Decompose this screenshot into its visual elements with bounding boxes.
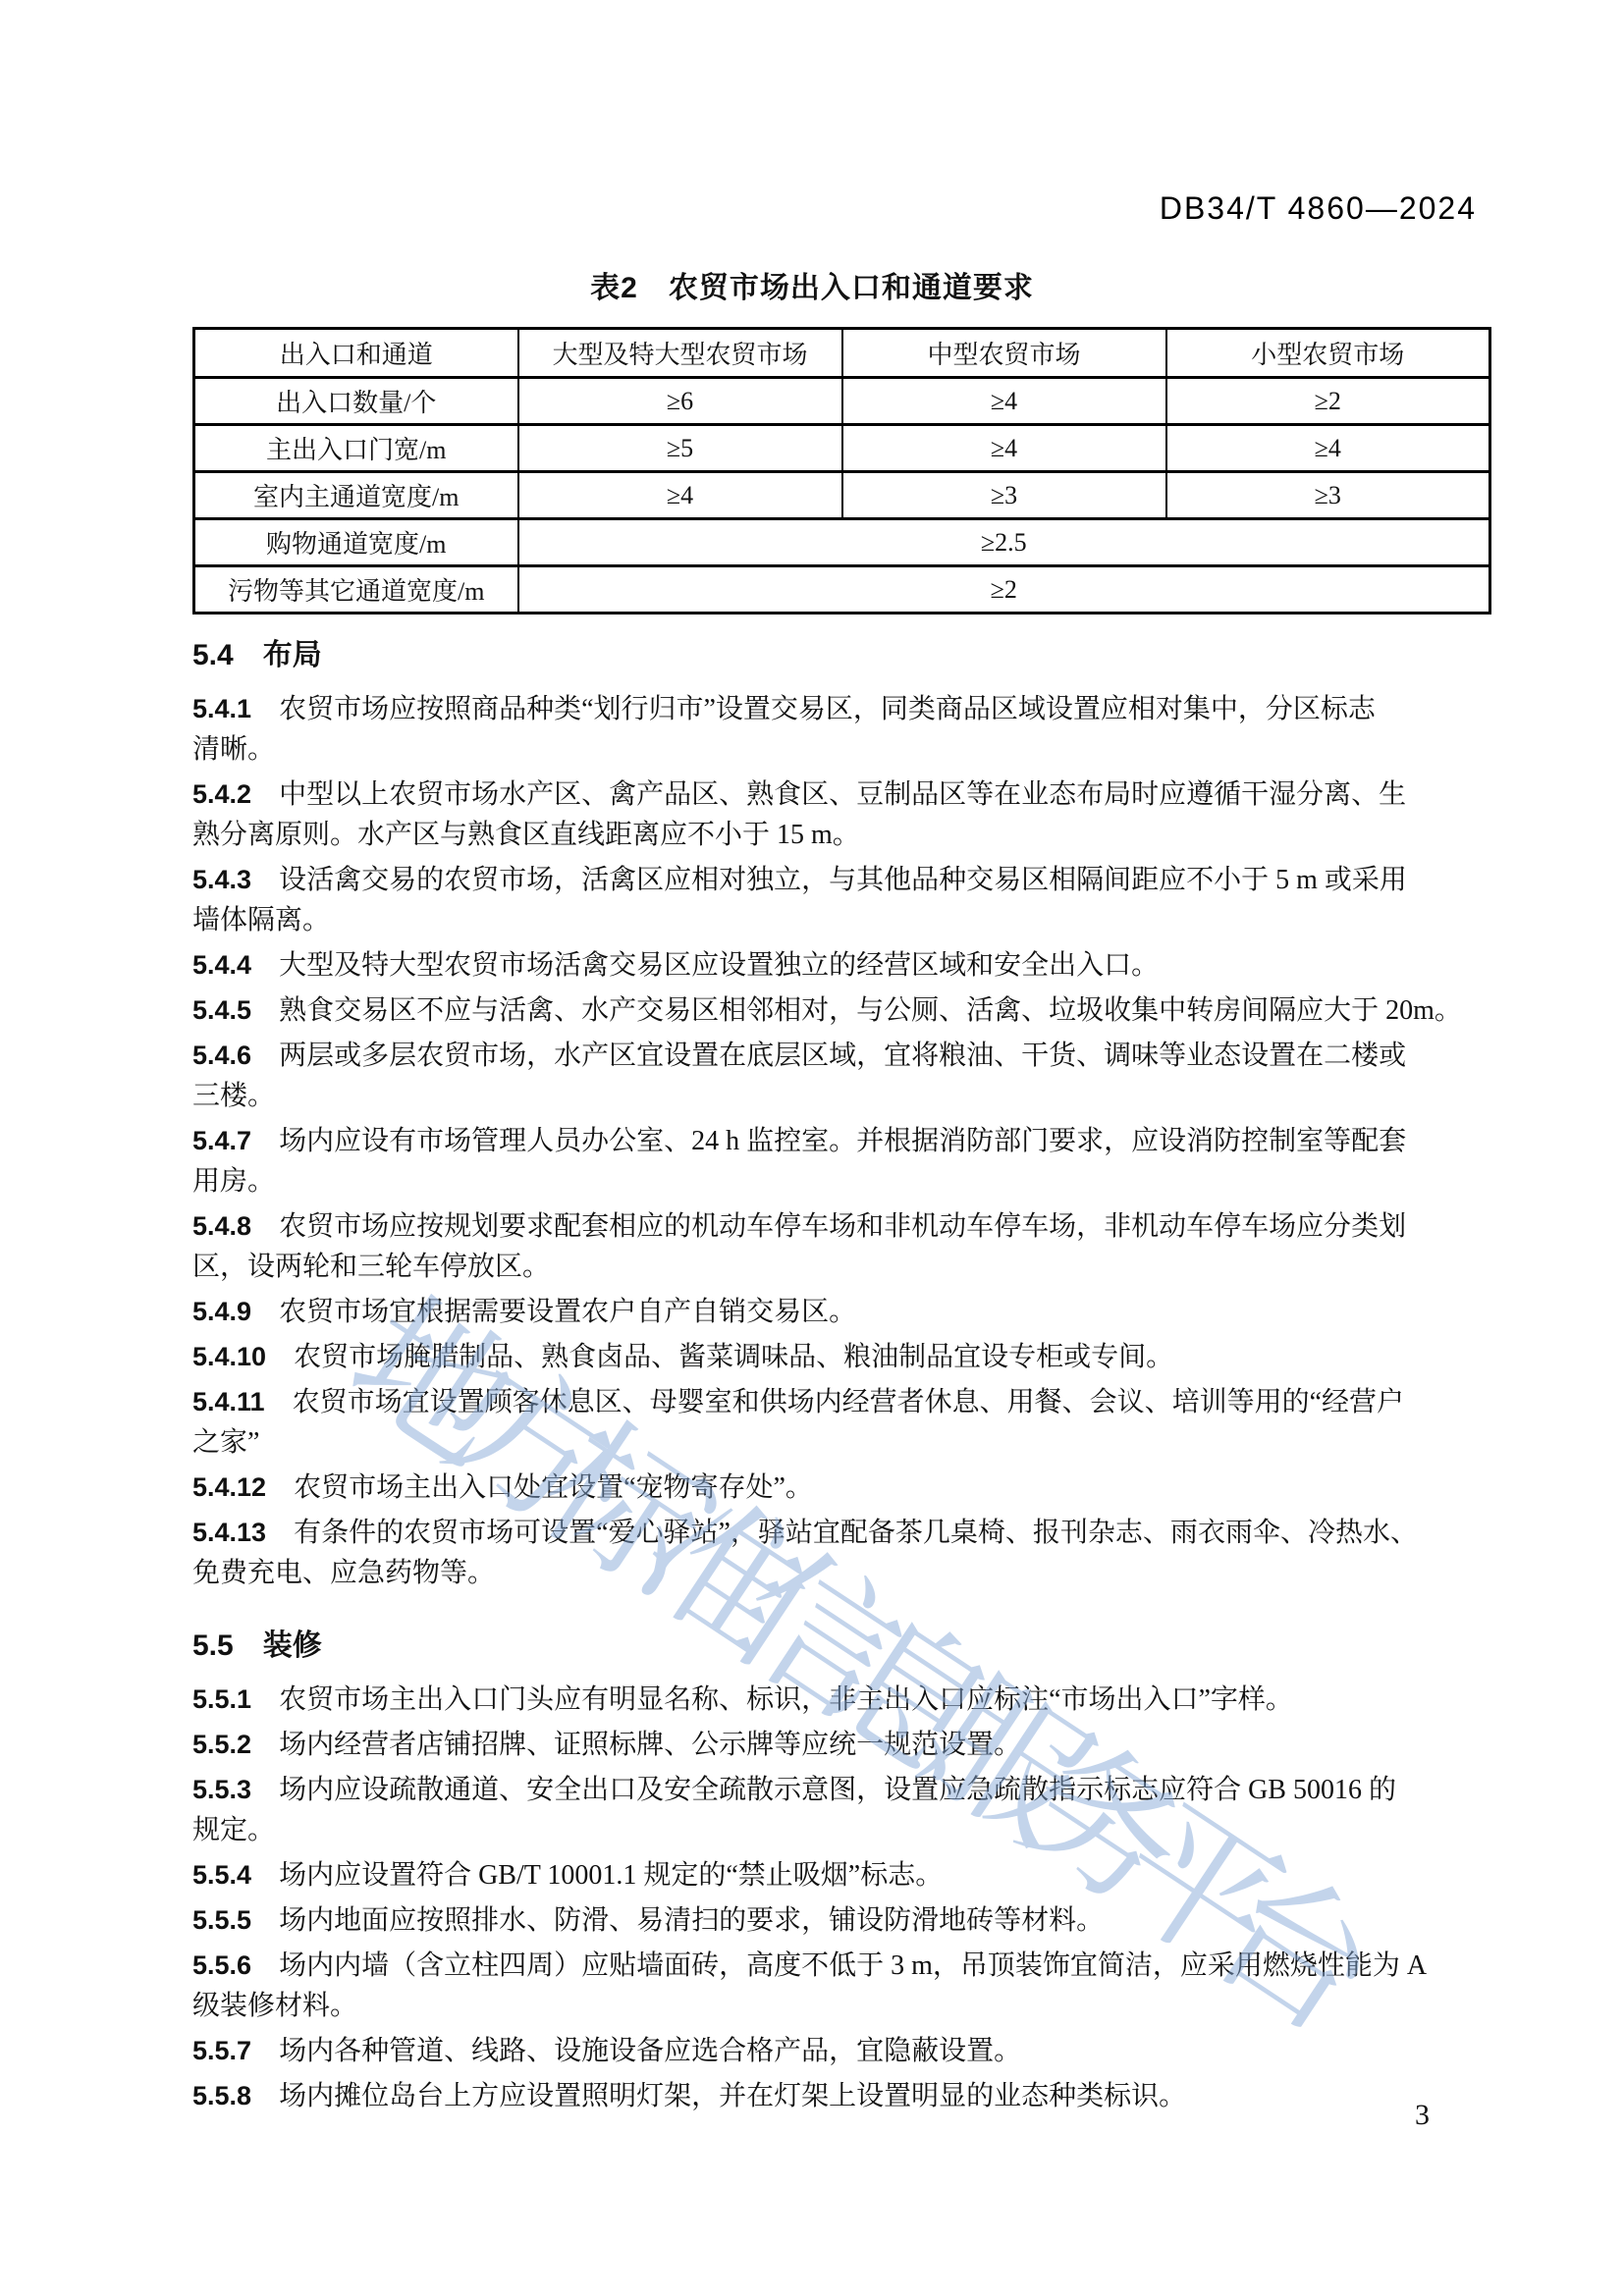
- clause: 5.4.13有条件的农贸市场可设置“爱心驿站”，驿站宜配备茶几桌椅、报刊杂志、雨…: [192, 1513, 1498, 1593]
- section-number: 5.4: [192, 639, 234, 671]
- clause-text: 场内各种管道、线路、设施设备应选合格产品，宜隐蔽设置。: [279, 2036, 1021, 2066]
- clause: 5.4.12农贸市场主出入口处宜设置“宠物寄存处”。: [192, 1468, 1498, 1508]
- table-header-row: 出入口和通道 大型及特大型农贸市场 中型农贸市场 小型农贸市场: [194, 329, 1490, 378]
- clause-line: 5.4.2中型以上农贸市场水产区、禽产品区、熟食区、豆制品区等在业态布局时应遵循…: [192, 774, 1498, 815]
- clause-text: 墙体隔离。: [192, 905, 330, 935]
- clause-line: 5.4.10农贸市场腌腊制品、熟食卤品、酱菜调味品、粮油制品宜设专柜或专间。: [192, 1337, 1498, 1377]
- clause-text: 农贸市场主出入口门头应有明显名称、标识，非主出入口应标注“市场出入口”字样。: [279, 1684, 1293, 1715]
- clause-number: 5.5.8: [192, 2081, 251, 2110]
- clause-number: 5.5.3: [192, 1775, 251, 1804]
- clause-text: 熟分离原则。水产区与熟食区直线距离应不小于 15 m。: [192, 820, 860, 850]
- clause-text: 免费充电、应急药物等。: [192, 1558, 495, 1588]
- clause-line: 熟分离原则。水产区与熟食区直线距离应不小于 15 m。: [192, 815, 1498, 855]
- clause-line: 级装修材料。: [192, 1986, 1498, 2026]
- clause: 5.5.7场内各种管道、线路、设施设备应选合格产品，宜隐蔽设置。: [192, 2031, 1498, 2071]
- clause-text: 农贸市场腌腊制品、熟食卤品、酱菜调味品、粮油制品宜设专柜或专间。: [294, 1342, 1173, 1372]
- cell-value: ≥5: [518, 425, 842, 472]
- clause-number: 5.4.13: [192, 1518, 266, 1547]
- clause-line: 5.4.11农贸市场宜设置顾客休息区、母婴室和供场内经营者休息、用餐、会议、培训…: [192, 1382, 1498, 1422]
- clause-number: 5.4.10: [192, 1342, 266, 1371]
- row-label: 主出入口门宽/m: [194, 425, 518, 472]
- cell-value: ≥4: [1166, 425, 1490, 472]
- cell-value: ≥6: [518, 378, 842, 425]
- clause: 5.4.7场内应设有市场管理人员办公室、24 h 监控室。并根据消防部门要求，应…: [192, 1121, 1498, 1201]
- clause-number: 5.4.12: [192, 1472, 266, 1502]
- cell-value: ≥3: [1166, 472, 1490, 519]
- clause: 5.5.2场内经营者店铺招牌、证照标牌、公示牌等应统一规范设置。: [192, 1725, 1498, 1765]
- clause-line: 5.4.13有条件的农贸市场可设置“爱心驿站”，驿站宜配备茶几桌椅、报刊杂志、雨…: [192, 1513, 1498, 1553]
- clause-text: 场内摊位岛台上方应设置照明灯架，并在灯架上设置明显的业态种类标识。: [279, 2081, 1186, 2111]
- page-number: 3: [1415, 2099, 1430, 2132]
- clause-text: 两层或多层农贸市场，水产区宜设置在底层区域，宜将粮油、干货、调味等业态设置在二楼…: [279, 1041, 1406, 1071]
- clause-line: 清晰。: [192, 729, 1498, 770]
- column-header: 出入口和通道: [194, 329, 518, 378]
- cell-value: ≥3: [842, 472, 1166, 519]
- clause-text: 之家”: [192, 1427, 259, 1458]
- clause-text: 区，设两轮和三轮车停放区。: [192, 1252, 550, 1282]
- clause-number: 5.5.6: [192, 1950, 251, 1980]
- clause: 5.5.5场内地面应按照排水、防滑、易清扫的要求，铺设防滑地砖等材料。: [192, 1900, 1498, 1941]
- clause-number: 5.5.1: [192, 1684, 251, 1714]
- table-row: 室内主通道宽度/m ≥4 ≥3 ≥3: [194, 472, 1490, 519]
- clause-line: 5.4.1农贸市场应按照商品种类“划行归市”设置交易区，同类商品区域设置应相对集…: [192, 689, 1498, 729]
- clause-line: 5.4.6两层或多层农贸市场，水产区宜设置在底层区域，宜将粮油、干货、调味等业态…: [192, 1036, 1498, 1076]
- clause-line: 5.5.1农贸市场主出入口门头应有明显名称、标识，非主出入口应标注“市场出入口”…: [192, 1680, 1498, 1720]
- clause: 5.4.8农贸市场应按规划要求配套相应的机动车停车场和非机动车停车场，非机动车停…: [192, 1206, 1498, 1287]
- cell-value-merged: ≥2: [518, 566, 1490, 614]
- clause: 5.4.1农贸市场应按照商品种类“划行归市”设置交易区，同类商品区域设置应相对集…: [192, 689, 1498, 770]
- cell-value: ≥4: [842, 378, 1166, 425]
- column-header: 小型农贸市场: [1166, 329, 1490, 378]
- clause-text: 农贸市场宜根据需要设置农户自产自销交易区。: [279, 1297, 856, 1327]
- clause-line: 5.5.8场内摊位岛台上方应设置照明灯架，并在灯架上设置明显的业态种类标识。: [192, 2076, 1498, 2116]
- clause-number: 5.4.6: [192, 1041, 251, 1070]
- clause: 5.5.3场内应设疏散通道、安全出口及安全疏散示意图，设置应急疏散指示标志应符合…: [192, 1770, 1498, 1850]
- clause-text: 场内应设疏散通道、安全出口及安全疏散示意图，设置应急疏散指示标志应符合 GB 5…: [279, 1775, 1396, 1805]
- clause: 5.4.4大型及特大型农贸市场活禽交易区应设置独立的经营区域和安全出入口。: [192, 945, 1498, 986]
- clause-text: 场内经营者店铺招牌、证照标牌、公示牌等应统一规范设置。: [279, 1730, 1021, 1760]
- section-title: 装修: [263, 1629, 322, 1662]
- document-page: DB34/T 4860—2024 表2 农贸市场出入口和通道要求 出入口和通道 …: [0, 0, 1624, 2296]
- table-row: 购物通道宽度/m ≥2.5: [194, 519, 1490, 566]
- column-header: 中型农贸市场: [842, 329, 1166, 378]
- clause-number: 5.4.5: [192, 995, 251, 1025]
- section-heading-decoration: 5.5装修: [192, 1621, 1498, 1664]
- clause-line: 5.5.3场内应设疏散通道、安全出口及安全疏散示意图，设置应急疏散指示标志应符合…: [192, 1770, 1498, 1810]
- clause-line: 5.4.9农贸市场宜根据需要设置农户自产自销交易区。: [192, 1292, 1498, 1332]
- row-label: 室内主通道宽度/m: [194, 472, 518, 519]
- clause-text: 熟食交易区不应与活禽、水产交易区相邻相对，与公厕、活禽、垃圾收集中转房间隔应大于…: [279, 995, 1462, 1026]
- clause: 5.5.4场内应设置符合 GB/T 10001.1 规定的“禁止吸烟”标志。: [192, 1855, 1498, 1896]
- cell-value-merged: ≥2.5: [518, 519, 1490, 566]
- clause: 5.5.6场内内墙（含立柱四周）应贴墙面砖，高度不低于 3 m，吊顶装饰宜简洁，…: [192, 1946, 1498, 2026]
- clause: 5.4.10农贸市场腌腊制品、熟食卤品、酱菜调味品、粮油制品宜设专柜或专间。: [192, 1337, 1498, 1377]
- clause: 5.4.11农贸市场宜设置顾客休息区、母婴室和供场内经营者休息、用餐、会议、培训…: [192, 1382, 1498, 1463]
- table-row: 污物等其它通道宽度/m ≥2: [194, 566, 1490, 614]
- clause-line: 5.4.4大型及特大型农贸市场活禽交易区应设置独立的经营区域和安全出入口。: [192, 945, 1498, 986]
- row-label: 污物等其它通道宽度/m: [194, 566, 518, 614]
- clause-text: 大型及特大型农贸市场活禽交易区应设置独立的经营区域和安全出入口。: [279, 950, 1159, 981]
- clause-text: 三楼。: [192, 1081, 275, 1111]
- clause-text: 规定。: [192, 1815, 275, 1845]
- clause: 5.4.5熟食交易区不应与活禽、水产交易区相邻相对，与公厕、活禽、垃圾收集中转房…: [192, 990, 1498, 1031]
- clause-line: 之家”: [192, 1422, 1498, 1463]
- clause-number: 5.5.4: [192, 1860, 251, 1890]
- clause: 5.4.3设活禽交易的农贸市场，活禽区应相对独立，与其他品种交易区相隔间距应不小…: [192, 860, 1498, 940]
- section-heading-layout: 5.4布局: [192, 630, 1498, 673]
- clause-line: 5.5.4场内应设置符合 GB/T 10001.1 规定的“禁止吸烟”标志。: [192, 1855, 1498, 1896]
- clause-text: 农贸市场宜设置顾客休息区、母婴室和供场内经营者休息、用餐、会议、培训等用的“经营…: [293, 1387, 1404, 1417]
- clause-number: 5.5.5: [192, 1905, 251, 1935]
- column-header: 大型及特大型农贸市场: [518, 329, 842, 378]
- clause-text: 有条件的农贸市场可设置“爱心驿站”，驿站宜配备茶几桌椅、报刊杂志、雨衣雨伞、冷热…: [294, 1518, 1418, 1548]
- clause-number: 5.4.2: [192, 779, 251, 809]
- clause-text: 场内应设有市场管理人员办公室、24 h 监控室。并根据消防部门要求，应设消防控制…: [279, 1126, 1406, 1156]
- clause-line: 5.5.2场内经营者店铺招牌、证照标牌、公示牌等应统一规范设置。: [192, 1725, 1498, 1765]
- clause: 5.4.2中型以上农贸市场水产区、禽产品区、熟食区、豆制品区等在业态布局时应遵循…: [192, 774, 1498, 855]
- clause-number: 5.4.7: [192, 1126, 251, 1155]
- clause-text: 农贸市场应按规划要求配套相应的机动车停车场和非机动车停车场，非机动车停车场应分类…: [279, 1211, 1406, 1242]
- clause-text: 场内应设置符合 GB/T 10001.1 规定的“禁止吸烟”标志。: [279, 1860, 943, 1891]
- document-body: 5.4布局 5.4.1农贸市场应按照商品种类“划行归市”设置交易区，同类商品区域…: [192, 630, 1498, 2121]
- section-number: 5.5: [192, 1629, 234, 1662]
- row-label: 购物通道宽度/m: [194, 519, 518, 566]
- clause-line: 墙体隔离。: [192, 900, 1498, 940]
- clause-number: 5.4.8: [192, 1211, 251, 1241]
- clause-text: 场内地面应按照排水、防滑、易清扫的要求，铺设防滑地砖等材料。: [279, 1905, 1104, 1936]
- clause-line: 5.5.7场内各种管道、线路、设施设备应选合格产品，宜隐蔽设置。: [192, 2031, 1498, 2071]
- clause-line: 区，设两轮和三轮车停放区。: [192, 1247, 1498, 1287]
- clause-line: 5.5.5场内地面应按照排水、防滑、易清扫的要求，铺设防滑地砖等材料。: [192, 1900, 1498, 1941]
- clause-line: 5.4.8农贸市场应按规划要求配套相应的机动车停车场和非机动车停车场，非机动车停…: [192, 1206, 1498, 1247]
- clause-line: 规定。: [192, 1810, 1498, 1850]
- clause-text: 农贸市场应按照商品种类“划行归市”设置交易区，同类商品区域设置应相对集中，分区标…: [279, 694, 1376, 724]
- clause-text: 农贸市场主出入口处宜设置“宠物寄存处”。: [294, 1472, 813, 1503]
- clause-text: 清晰。: [192, 734, 275, 765]
- clause: 5.5.8场内摊位岛台上方应设置照明灯架，并在灯架上设置明显的业态种类标识。: [192, 2076, 1498, 2116]
- clause-number: 5.4.3: [192, 865, 251, 894]
- clause-line: 5.5.6场内内墙（含立柱四周）应贴墙面砖，高度不低于 3 m，吊顶装饰宜简洁，…: [192, 1946, 1498, 1986]
- table-row: 主出入口门宽/m ≥5 ≥4 ≥4: [194, 425, 1490, 472]
- clause-number: 5.4.1: [192, 694, 251, 723]
- clause-line: 三楼。: [192, 1076, 1498, 1116]
- clause-text: 中型以上农贸市场水产区、禽产品区、熟食区、豆制品区等在业态布局时应遵循干湿分离、…: [279, 779, 1406, 810]
- clause-line: 5.4.7场内应设有市场管理人员办公室、24 h 监控室。并根据消防部门要求，应…: [192, 1121, 1498, 1161]
- clause-line: 5.4.3设活禽交易的农贸市场，活禽区应相对独立，与其他品种交易区相隔间距应不小…: [192, 860, 1498, 900]
- clause-line: 用房。: [192, 1161, 1498, 1201]
- clause-line: 免费充电、应急药物等。: [192, 1553, 1498, 1593]
- clause: 5.5.1农贸市场主出入口门头应有明显名称、标识，非主出入口应标注“市场出入口”…: [192, 1680, 1498, 1720]
- clause: 5.4.6两层或多层农贸市场，水产区宜设置在底层区域，宜将粮油、干货、调味等业态…: [192, 1036, 1498, 1116]
- clause-line: 5.4.12农贸市场主出入口处宜设置“宠物寄存处”。: [192, 1468, 1498, 1508]
- cell-value: ≥2: [1166, 378, 1490, 425]
- clause-line: 5.4.5熟食交易区不应与活禽、水产交易区相邻相对，与公厕、活禽、垃圾收集中转房…: [192, 990, 1498, 1031]
- cell-value: ≥4: [518, 472, 842, 519]
- table-title: 表2 农贸市场出入口和通道要求: [0, 263, 1624, 306]
- clause-number: 5.4.9: [192, 1297, 251, 1326]
- clause-number: 5.5.2: [192, 1730, 251, 1759]
- clause-text: 场内内墙（含立柱四周）应贴墙面砖，高度不低于 3 m，吊顶装饰宜简洁，应采用燃烧…: [279, 1950, 1427, 1981]
- clause-number: 5.4.11: [192, 1387, 265, 1416]
- clause-number: 5.5.7: [192, 2036, 251, 2065]
- section-title: 布局: [263, 639, 322, 671]
- clause-text: 用房。: [192, 1166, 275, 1197]
- row-label: 出入口数量/个: [194, 378, 518, 425]
- standard-code: DB34/T 4860—2024: [0, 190, 1477, 227]
- requirements-table: 出入口和通道 大型及特大型农贸市场 中型农贸市场 小型农贸市场 出入口数量/个 …: [192, 327, 1491, 614]
- clause-number: 5.4.4: [192, 950, 251, 980]
- clause: 5.4.9农贸市场宜根据需要设置农户自产自销交易区。: [192, 1292, 1498, 1332]
- table-row: 出入口数量/个 ≥6 ≥4 ≥2: [194, 378, 1490, 425]
- clause-text: 级装修材料。: [192, 1991, 357, 2021]
- cell-value: ≥4: [842, 425, 1166, 472]
- clause-text: 设活禽交易的农贸市场，活禽区应相对独立，与其他品种交易区相隔间距应不小于 5 m…: [279, 865, 1407, 895]
